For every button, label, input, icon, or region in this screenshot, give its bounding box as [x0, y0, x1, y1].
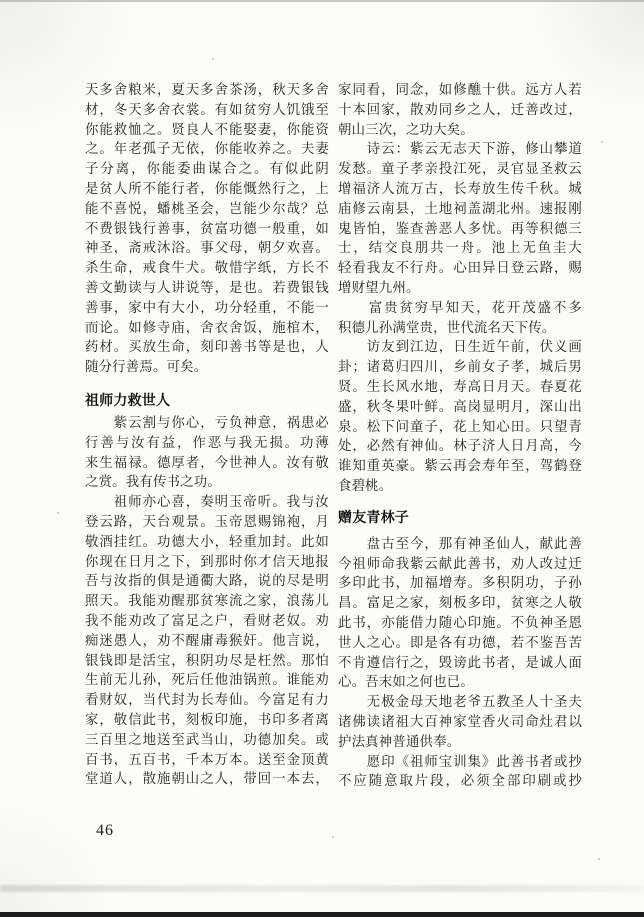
- text-line: 不肯遵信行之，毁谤此书者，是诚人面兽: [338, 654, 582, 674]
- text-line: 此书，亦能借力随心印施。不负神圣恩待: [338, 614, 582, 634]
- text-line: 不费银钱行善事，贫富功德一般重，如敬: [85, 220, 329, 240]
- text-line: 材，冬天多舍衣裳。有如贫穷人饥饿至死，: [85, 101, 329, 121]
- text-line: 吾与汝指的俱是通衢大路，说的尽是明月: [85, 572, 329, 592]
- scan-smudge: [0, 885, 644, 892]
- text-line: 能不喜悦，蟠桃圣会，岂能少尔哉？总之: [85, 200, 329, 220]
- text-line: 看财奴，当代封为长寿仙。今富足有力之: [85, 691, 329, 711]
- text-line: 十本回家，散劝同乡之人，迁善改过，如: [338, 101, 582, 121]
- text-line: 诗云：紫云无志天下游，修山攀道亦: [338, 140, 582, 160]
- text-line: 处，必然有神仙。林子济人日月高，今寒: [338, 437, 582, 457]
- text-line: 祖师亦心喜，奏明玉帝听。我与汝同: [85, 493, 329, 513]
- text-line: 多印此书，加福增寿。多积阴功，子孙荣: [338, 574, 582, 594]
- text-line: 护法真神普通供奉。: [338, 733, 582, 753]
- text-line: 访友到江边，日生近午前，伏义画八: [338, 338, 582, 358]
- text-line: 发愁。童子孝亲投江死，灵官显圣救云楼。: [338, 160, 582, 180]
- text-line: 盘古至今，那有神圣仙人，献此善书，: [338, 535, 582, 555]
- text-line: 富贵贫穷早知天，花开茂盛不多年。: [338, 299, 582, 319]
- text-line: 而论。如修寺庙，舍衣舍饭，施棺木，舍: [85, 319, 329, 339]
- text-line: 堂道人，散施朝山之人，带回一本去，居: [85, 770, 329, 790]
- scan-speck: [212, 58, 214, 60]
- page-number: 46: [96, 822, 114, 840]
- text-line: 行善与汝有益，作恶与我无损。功薄者，: [85, 434, 329, 454]
- text-line: 三百里之地送至武当山，功德加矣。或三: [85, 731, 329, 751]
- text-line: 贤。生长风水地，寿高日月天。春夏花草: [338, 378, 582, 398]
- text-line: 泉。松下问童子，花上知心田。只望青林: [338, 418, 582, 438]
- text-column-right: 家同看，同念，如修醮十供。远方人若带十本回家，散劝同乡之人，迁善改过，如朝山三次…: [338, 81, 582, 792]
- text-line: 积德儿孙满堂贵，世代流名天下传。: [338, 319, 582, 339]
- text-line: 庙修云南县，土地祠盖湖北州。速报刚正: [338, 200, 582, 220]
- scan-edge-top: [0, 0, 644, 2]
- text-line: 轻看我友不行舟。心田异日登云路，赐福: [338, 259, 582, 279]
- text-line: 昌。富足之家，刻板多印，贫寒之人敬信: [338, 594, 582, 614]
- text-line: 你能救恤之。贤良人不能娶妻，你能资助: [85, 121, 329, 141]
- text-line: 是贫人所不能行者，你能慨然行之，上帝: [85, 180, 329, 200]
- text-line: 登云路，天台观景。玉帝恩赐锦袍，月老: [85, 513, 329, 533]
- text-line: 不应随意取片段，必须全部印刷或抄写。: [338, 772, 582, 792]
- text-line: 敬酒挂红。功德大小，轻重加封。此如今: [85, 533, 329, 553]
- text-column-left: 天多舍粮米，夏天多舍茶汤，秋天多舍药材，冬天多舍衣裳。有如贫穷人饥饿至死，你能救…: [85, 81, 329, 790]
- text-line: 痴迷愚人，劝不醒庸毒猴奸。他言说，有: [85, 632, 329, 652]
- text-line: 紫云割与你心，亏负神意，祸患必深。: [85, 414, 329, 434]
- scan-speck: [57, 512, 59, 514]
- text-line: 天多舍粮米，夏天多舍茶汤，秋天多舍药: [85, 81, 329, 101]
- text-line: 药材。买放生命，刻印善书等是也，人其: [85, 338, 329, 358]
- text-line: 善事，家中有大小，功分轻重，不能一概: [85, 299, 329, 319]
- text-line: 子分离，你能委曲谋合之。有似此阴功，: [85, 160, 329, 180]
- text-line: 照天。我能劝醒那贫寒流之家，浪荡儿男。: [85, 592, 329, 612]
- text-line: 食碧桃。: [338, 477, 582, 497]
- scan-speck: [332, 836, 334, 838]
- text-line: 鬼皆怕，鉴查善恶人多忧。再等积德三贤: [338, 220, 582, 240]
- scan-speck: [601, 141, 603, 143]
- text-line: 我不能劝改了富足之户，看财老奴。劝醒: [85, 612, 329, 632]
- text-line: 心。吾末如之何也已。: [338, 673, 582, 693]
- text-line: 家同看，同念，如修醮十供。远方人若带: [338, 81, 582, 101]
- scan-speck: [598, 858, 600, 860]
- text-line: 士，结交良朋共一舟。池上无鱼圭大楼，: [338, 239, 582, 259]
- text-line: 谁知重英豪。紫云再会寿年至，驾鹤登楼: [338, 457, 582, 477]
- text-line: 世人之心。即是各有功德，若不鉴吾苦忧，: [338, 634, 582, 654]
- text-line: 之。年老孤子无依，你能收养之。夫妻父: [85, 140, 329, 160]
- text-line: 增财望九州。: [338, 279, 582, 299]
- scan-speck: [470, 470, 472, 472]
- text-line: 神圣，斋戒沐浴。事父母，朝夕欢喜。戒: [85, 239, 329, 259]
- text-line: 生前无儿孙，死后任他油锅煎。谁能劝醒: [85, 671, 329, 691]
- text-line: 来生福禄。德厚者，今世神人。汝有敬信: [85, 454, 329, 474]
- text-line: 百书，五百书，千本万本。送至金顶黄经: [85, 751, 329, 771]
- text-line: 无极金母天地老爷五教圣人十圣夫子: [338, 693, 582, 713]
- text-line: 盛，秋冬果叶鲜。高岗显明月，深山出清: [338, 398, 582, 418]
- text-line: 杀生命，戒食牛犬。敬惜字纸，方长不折。: [85, 259, 329, 279]
- text-line: 朝山三次，之功大矣。: [338, 121, 582, 141]
- text-line: 诸佛读诸祖大百神家堂香火司命灶君以及: [338, 713, 582, 733]
- section-heading: 祖师力救世人: [85, 390, 329, 412]
- text-line: 随分行善焉。可矣。: [85, 358, 329, 378]
- scanned-book-page: 天多舍粮米，夏天多舍茶汤，秋天多舍药材，冬天多舍衣裳。有如贫穷人饥饿至死，你能救…: [0, 0, 644, 917]
- text-line: 善文勤读与人讲说等，是也。若费银钱行: [85, 279, 329, 299]
- text-line: 你现在日月之下，到那时你才信天地报应。: [85, 553, 329, 573]
- text-line: 今祖师命我紫云献此善书，劝人改过迁善。: [338, 555, 582, 575]
- text-line: 银钱即是活宝，积阴功尽是枉然。那怕我: [85, 652, 329, 672]
- text-line: 卦；诸葛归四川，乡前女子孝，城后男儿: [338, 358, 582, 378]
- scan-edge-bottom: [0, 912, 644, 917]
- text-line: 愿印《祖师宝训集》此善书者或抄写，: [338, 753, 582, 773]
- text-line: 增福济人流万古，长寿放生传千秋。城隍: [338, 180, 582, 200]
- section-heading: 赠友青林子: [338, 507, 582, 529]
- text-line: 之赏。我有传书之功。: [85, 473, 329, 493]
- text-line: 家，敬信此书，刻板印施，书印多者离二: [85, 711, 329, 731]
